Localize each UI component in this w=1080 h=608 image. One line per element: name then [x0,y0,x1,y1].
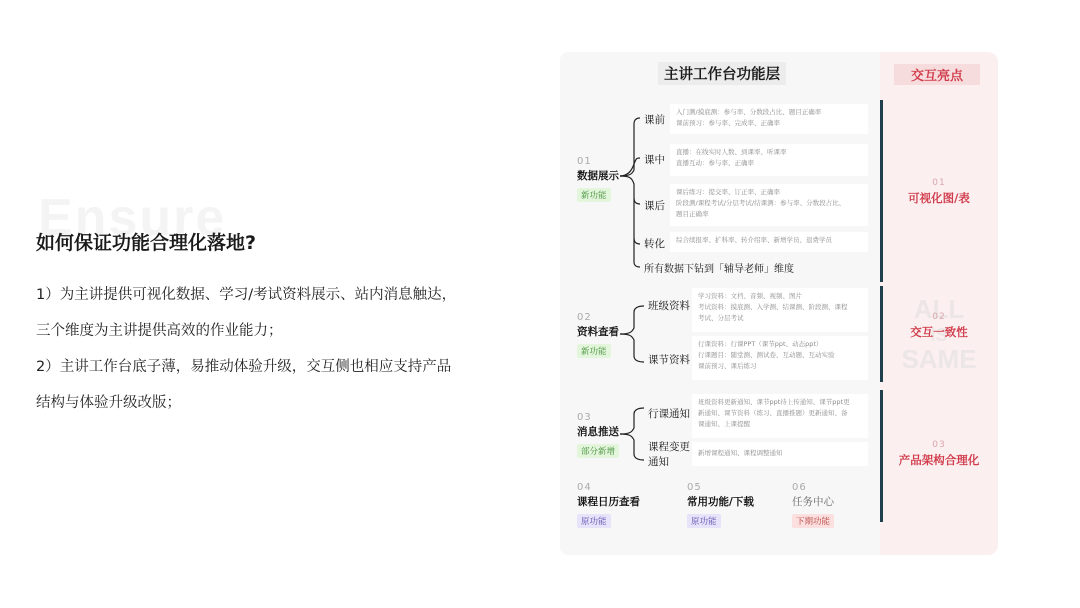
branch-in-class: 课中 [644,152,665,167]
detail-card: 直播：在线实时人数、到课率、听课率 直播互动：参与率、正确率 [670,144,868,176]
detail-card: 学习资料：文档、音频、视频、图片 考试资料：摸底测、入学测、结课测、阶段测、课程… [692,288,868,332]
question-heading: 如何保证功能合理化落地? [36,228,516,255]
detail-card: 综合续报率、扩科率、转介绍率、新增学员、退费学员 [670,232,868,252]
item-task-center: 06 任务中心 下期功能 [792,482,834,528]
item-common-functions: 05 常用功能/下载 原功能 [687,482,754,528]
interaction-highlights-panel: 交互亮点 01 可视化图/表 ALL IS SAME 02 交互一致性 03 产… [880,52,998,555]
branch-lesson-notice: 行课通知 [648,406,690,421]
highlight-architecture: 03 产品架构合理化 [880,440,998,468]
item-course-calendar: 04 课程日历查看 原功能 [577,482,640,528]
branch-lesson-materials: 课节资料 [648,352,690,367]
detail-card: 班级资料更新通知、课节ppt待上传通知、课节ppt更 新通知、课节资料（练习、直… [692,394,868,438]
panel-title: 主讲工作台功能层 [658,62,786,85]
highlight-consistency: 02 交互一致性 [880,312,998,340]
section-name: 数据展示 [577,168,619,183]
highlight-visualization: 01 可视化图/表 [880,178,998,206]
branch-course-change: 课程变更 通知 [648,440,690,470]
section-data-display: 01 数据展示 新功能 [577,156,619,202]
status-badge: 下期功能 [792,514,834,528]
status-badge: 原功能 [577,514,611,528]
explanation-line-1: 1）为主讲提供可视化数据、学习/考试资料展示、站内消息触达， [36,277,516,313]
branch-class-materials: 班级资料 [648,298,690,313]
branch-connector [620,306,646,366]
explanation-line-2: 三个维度为主讲提供高效的作业能力； [36,313,516,349]
branch-conversion: 转化 [644,236,665,251]
branch-connector [620,408,646,468]
bg-word: SAME [880,346,998,372]
section-number: 01 [577,156,619,167]
section-number: 02 [577,312,619,323]
section-name: 消息推送 [577,424,619,439]
status-badge: 新功能 [577,344,611,358]
explanation-line-4: 结构与体验升级改版； [36,385,516,421]
explanation-block: 如何保证功能合理化落地? 1）为主讲提供可视化数据、学习/考试资料展示、站内消息… [36,228,516,421]
detail-card: 行课资料：行课PPT（课节ppt、动态ppt） 行课题目：随堂测、测试卷、互动题… [692,336,868,380]
section-materials: 02 资料查看 新功能 [577,312,619,358]
branch-pre-class: 课前 [644,112,665,127]
function-layer-panel: 主讲工作台功能层 01 数据展示 新功能 课前 入门测/摸底测：参与率、分数段占… [560,52,880,555]
section-name: 资料查看 [577,324,619,339]
detail-card: 课后练习：提交率、订正率、正确率 阶段测/课程考试/分层考试/结课测：参与率、分… [670,184,868,226]
status-badge: 部分新增 [577,444,619,458]
detail-card: 入门测/摸底测：参与率、分数段占比、题目正确率 课前预习：参与率、完成率、正确率 [670,104,868,134]
section-number: 03 [577,412,619,423]
drilldown-note: 所有数据下钻到「辅导老师」维度 [644,260,794,275]
status-badge: 新功能 [577,188,611,202]
highlights-title: 交互亮点 [894,64,980,85]
detail-card: 新增课程通知、课程调整通知 [692,442,868,466]
explanation-line-3: 2）主讲工作台底子薄，易推动体验升级，交互侧也相应支持产品 [36,349,516,385]
section-notifications: 03 消息推送 部分新增 [577,412,619,458]
status-badge: 原功能 [687,514,721,528]
branch-after-class: 课后 [644,198,665,213]
branch-connector [620,112,640,267]
